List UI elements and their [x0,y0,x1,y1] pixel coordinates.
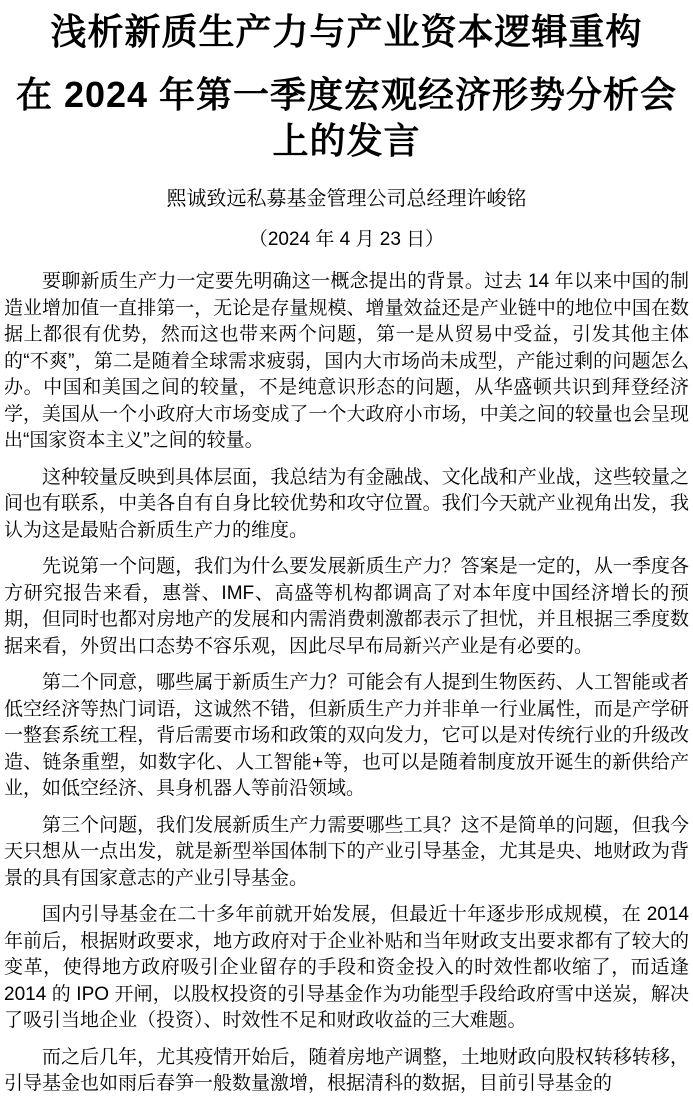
document-title-line1: 浅析新质生产力与产业资本逻辑重构 [4,8,689,55]
body-paragraph-7: 而之后几年，尤其疫情开始后，随着房地产调整，土地财政向股权转移转移，引导基金也如… [4,1045,689,1097]
document-body: 要聊新质生产力一定要先明确这一概念提出的背景。过去 14 年以来中国的制造业增加… [4,269,689,1097]
body-paragraph-5: 第三个问题，我们发展新质生产力需要哪些工具？这不是简单的问题，但我今天只想从一点… [4,813,689,893]
body-paragraph-6: 国内引导基金在二十多年前就开始发展，但最近十年逐步形成规模，在 2014 年前后… [4,902,689,1035]
document-title-line2: 在 2024 年第一季度宏观经济形势分析会上的发言 [4,72,689,164]
date-line: （2024 年 4 月 23 日） [4,227,689,252]
body-paragraph-1: 要聊新质生产力一定要先明确这一概念提出的背景。过去 14 年以来中国的制造业增加… [4,269,689,455]
author-line: 熙诚致远私募基金管理公司总经理许峻铭 [4,186,689,212]
body-paragraph-3: 先说第一个问题，我们为什么要发展新质生产力？答案是一定的，从一季度各方研究报告来… [4,554,689,660]
document-page: 浅析新质生产力与产业资本逻辑重构 在 2024 年第一季度宏观经济形势分析会上的… [0,0,693,1097]
body-paragraph-4: 第二个同意，哪些属于新质生产力？可能会有人提到生物医药、人工智能或者低空经济等热… [4,670,689,803]
body-paragraph-2: 这种较量反映到具体层面，我总结为有金融战、文化战和产业战，这些较量之间也有联系，… [4,465,689,545]
